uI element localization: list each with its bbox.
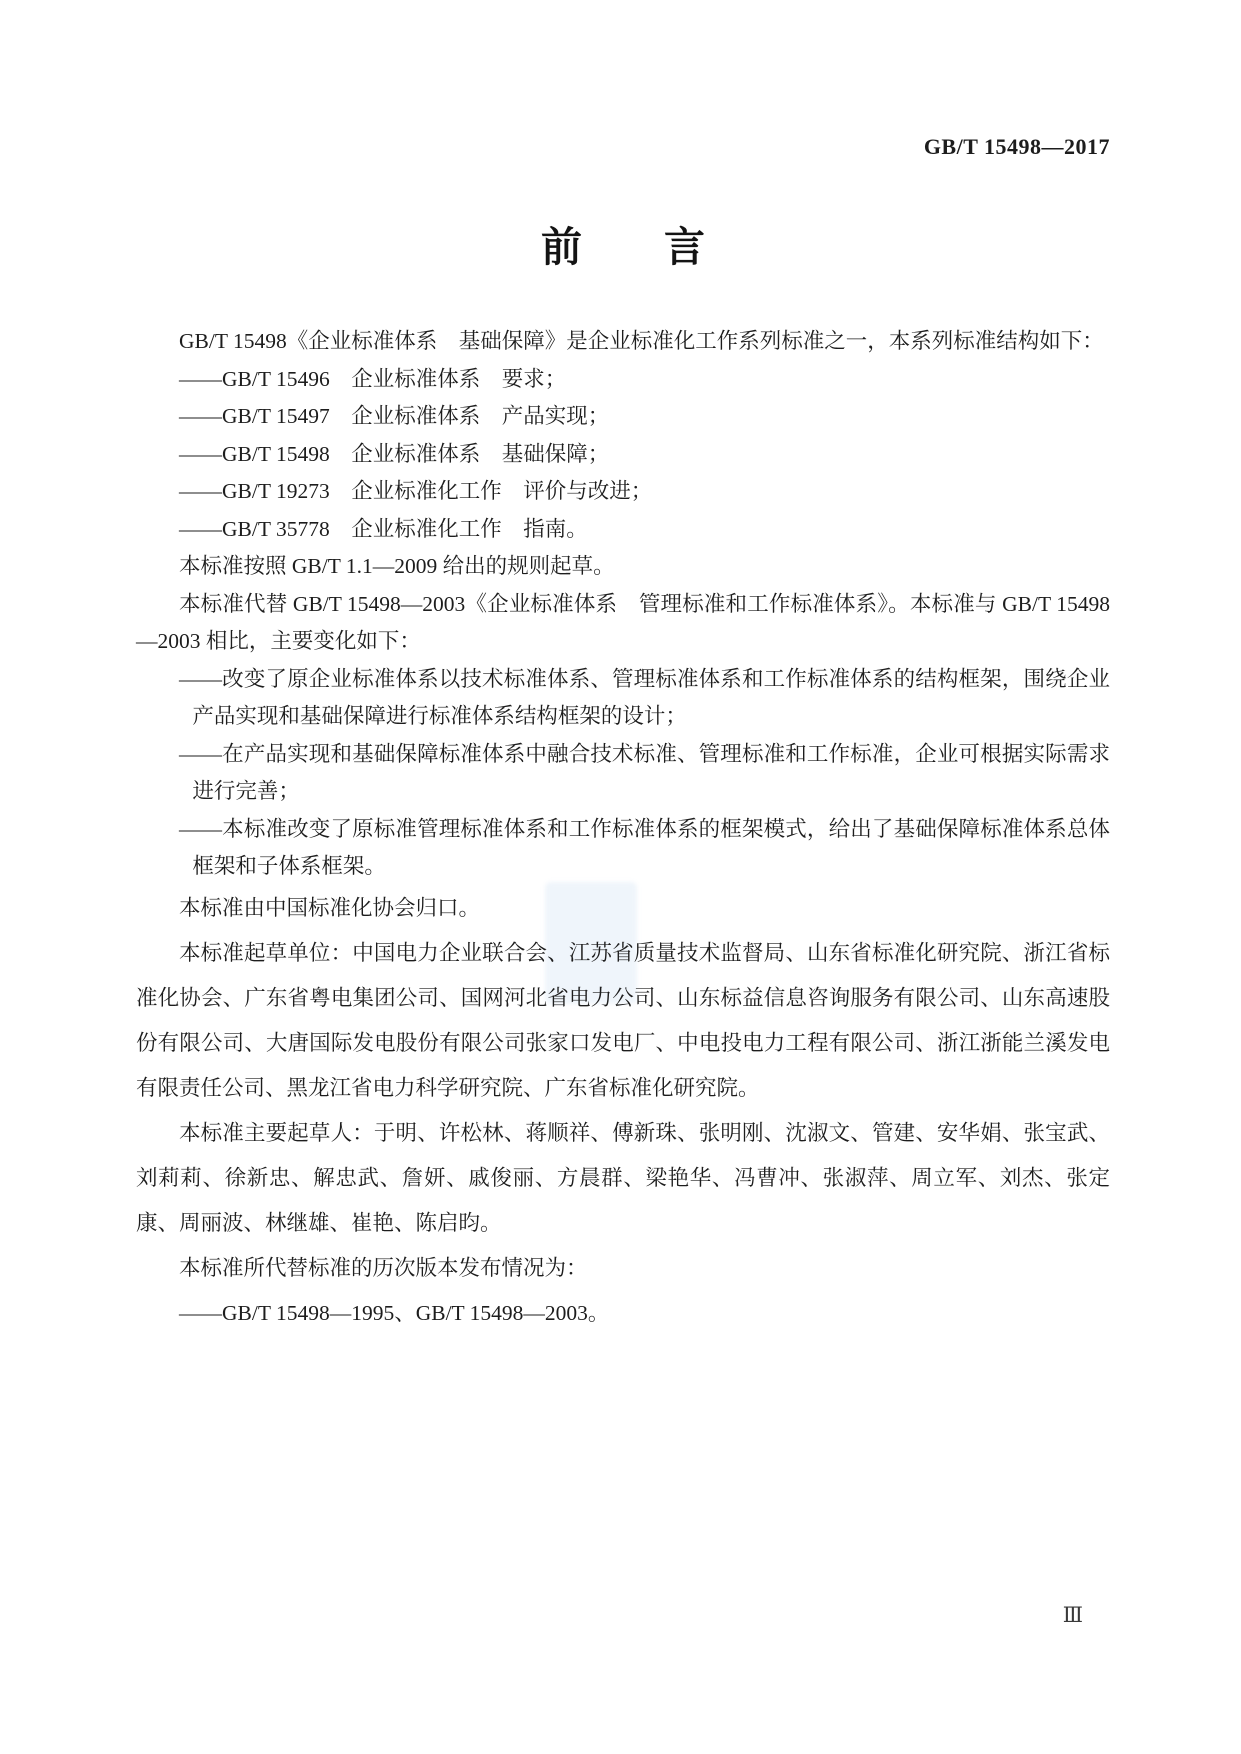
- page-number: Ⅲ: [1063, 1603, 1083, 1628]
- change-item: ——在产品实现和基础保障标准体系中融合技术标准、管理标准和工作标准，企业可根据实…: [136, 736, 1110, 811]
- intro-paragraph: GB/T 15498《企业标准体系 基础保障》是企业标准化工作系列标准之一，本系…: [136, 323, 1110, 361]
- text-column: GB/T 15498—2017 前 言 GB/T 15498《企业标准体系 基础…: [136, 134, 1110, 1336]
- series-list-item: ——GB/T 35778 企业标准化工作 指南。: [136, 511, 1110, 549]
- change-item: ——本标准改变了原标准管理标准体系和工作标准体系的框架模式，给出了基础保障标准体…: [136, 811, 1110, 886]
- document-page: GB/T 15498—2017 前 言 GB/T 15498《企业标准体系 基础…: [0, 0, 1241, 1754]
- previous-editions-intro: 本标准所代替标准的历次版本发布情况为：: [136, 1246, 1110, 1291]
- replacement-paragraph: 本标准代替 GB/T 15498—2003《企业标准体系 管理标准和工作标准体系…: [136, 586, 1110, 661]
- centralized-by-paragraph: 本标准由中国标准化协会归口。: [136, 886, 1110, 931]
- standard-code-header: GB/T 15498—2017: [136, 134, 1110, 160]
- main-drafters-paragraph: 本标准主要起草人：于明、许松林、蒋顺祥、傅新珠、张明刚、沈淑文、管建、安华娟、张…: [136, 1111, 1110, 1246]
- drafting-rule-paragraph: 本标准按照 GB/T 1.1—2009 给出的规则起草。: [136, 548, 1110, 586]
- drafting-organizations-paragraph: 本标准起草单位：中国电力企业联合会、江苏省质量技术监督局、山东省标准化研究院、浙…: [136, 931, 1110, 1111]
- series-list-item: ——GB/T 19273 企业标准化工作 评价与改进；: [136, 473, 1110, 511]
- series-list-item: ——GB/T 15496 企业标准体系 要求；: [136, 361, 1110, 399]
- previous-editions-item: ——GB/T 15498—1995、GB/T 15498—2003。: [136, 1291, 1110, 1336]
- series-list-item: ——GB/T 15498 企业标准体系 基础保障；: [136, 436, 1110, 474]
- change-item: ——改变了原企业标准体系以技术标准体系、管理标准体系和工作标准体系的结构框架，围…: [136, 661, 1110, 736]
- page-title: 前 言: [136, 214, 1110, 273]
- series-list-item: ——GB/T 15497 企业标准体系 产品实现；: [136, 398, 1110, 436]
